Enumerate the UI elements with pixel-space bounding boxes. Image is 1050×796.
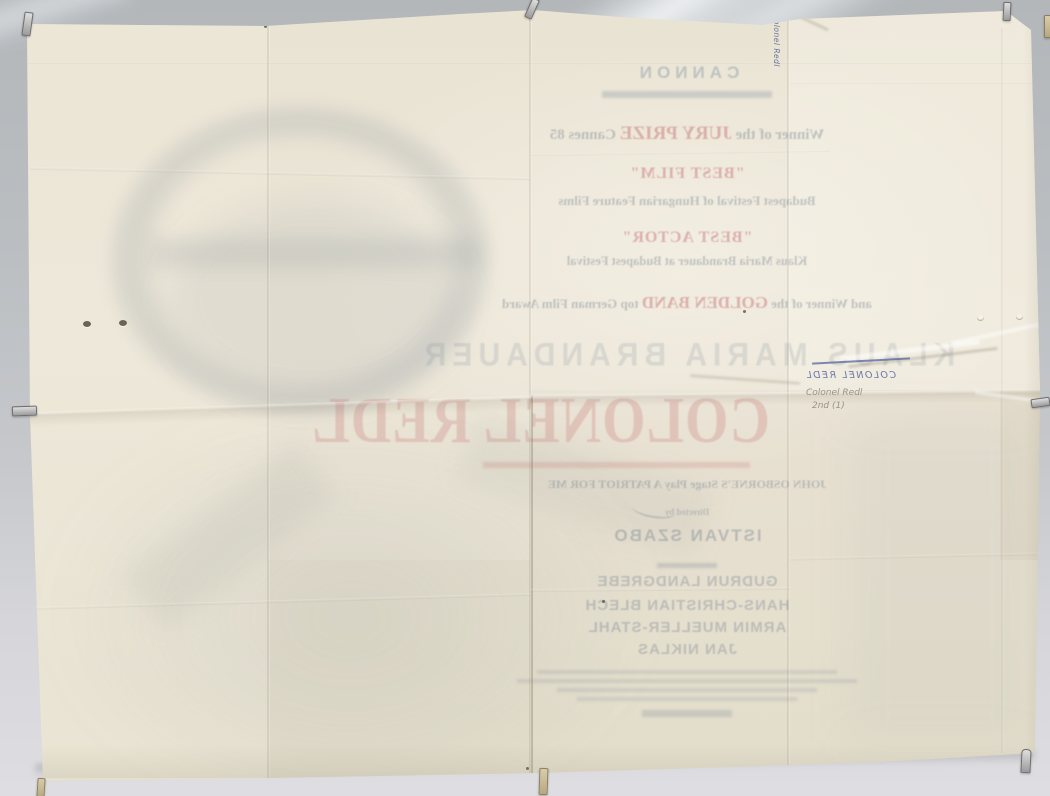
minor-crease: [530, 587, 790, 592]
photo-of-poster-back: { "scene": { "description": "Back of a f…: [0, 0, 1050, 796]
bleedthrough-cap-band: [150, 238, 480, 268]
studio-subline-bar: [602, 91, 772, 98]
staple-board-right: [1044, 15, 1050, 38]
wrinkle-shadow: [791, 12, 829, 32]
award1-highlight: JURY PRIZE: [620, 123, 732, 144]
poster-back-sheet: CANNON Winner of the JURY PRIZE Cannes 8…: [0, 0, 1050, 796]
award6-suffix: top German Film Award: [502, 296, 639, 311]
bleedthrough-head-outline: [110, 105, 490, 415]
credits-block-bar: [517, 679, 857, 683]
staple-bottom-left: [36, 778, 45, 796]
writer-credit-line: JOHN OSBORNE'S Stage Play A PATRIOT FOR …: [330, 478, 1044, 491]
punched-hole: [1016, 314, 1023, 320]
paper-speck: [526, 767, 529, 770]
punched-hole: [977, 315, 984, 321]
staple-top-right: [1003, 2, 1012, 21]
director-signature-squiggle: [631, 499, 677, 522]
minor-crease: [30, 593, 530, 610]
award1-prefix: Winner of the: [736, 127, 825, 143]
minor-crease: [530, 150, 830, 156]
paper-tint: [1000, 390, 1040, 560]
minor-crease: [28, 62, 1031, 64]
directed-by-label: Directed by: [330, 508, 1044, 517]
award-line-budapest-festival: Budapest Festival of Hungarian Feature F…: [330, 194, 1044, 208]
paper-speck: [602, 600, 605, 603]
title-underline-bar: [483, 462, 750, 468]
bottom-edge-shading: [27, 744, 1040, 778]
credits-block-bar: [537, 670, 837, 674]
award6-highlight: GOLDEN BAND: [642, 293, 768, 312]
award-line-golden-band: and Winner of the GOLDEN BAND top German…: [330, 294, 1044, 312]
studio-logo-text: CANNON: [330, 64, 1044, 82]
paper-tint: [530, 390, 1040, 775]
distributor-logo-bar: [642, 710, 732, 717]
award1-suffix: Cannes 85: [550, 127, 616, 143]
pin-hole: [83, 321, 91, 327]
bleedthrough-face-shading: [170, 200, 460, 400]
cast-name: HANS-CHRISTIAN BLECH: [330, 598, 1044, 614]
credits-block-bar: [557, 688, 817, 692]
award-line-best-actor: "BEST ACTOR": [330, 230, 1044, 247]
pencil-annotation-line2: 2nd (1): [812, 401, 845, 411]
pin-hole: [119, 320, 127, 326]
starring-label-bar: [657, 563, 717, 568]
cast-name: ARMIN MUELLER-STAHL: [330, 620, 1044, 636]
staple-left-middle: [12, 406, 37, 417]
paper-speck: [264, 25, 267, 28]
ink-annotation-mirrored-title: COLONEL REDL: [806, 370, 896, 381]
award-line-jury-prize: Winner of the JURY PRIZE Cannes 85: [330, 124, 1044, 144]
minor-crease: [30, 167, 530, 180]
paper-speck: [743, 310, 746, 313]
pencil-annotation-line1: Colonel Redl: [806, 388, 862, 398]
staple-bottom-center: [539, 768, 549, 795]
staple-bottom-right: [1020, 749, 1031, 773]
paper-vignette: [300, 60, 1000, 480]
minor-crease: [790, 82, 1036, 84]
credits-block-bar: [577, 697, 797, 701]
wrinkle-shadow: [690, 374, 800, 385]
staple-right-middle: [1030, 397, 1050, 409]
vertical-fold-line: [267, 24, 270, 778]
wrinkle-highlight: [951, 323, 1040, 346]
paper-tint: [268, 560, 530, 780]
ink-annotation-vertical: Colonel Redl: [772, 14, 781, 67]
bleedthrough-shoulder-stripe: [455, 413, 714, 557]
vertical-fold-shadow: [531, 395, 533, 773]
cast-name: JAN NIKLAS: [330, 642, 1044, 658]
paper-tint: [27, 14, 268, 778]
award-line-brandauer-budapest: Klaus Maria Brandauer at Budapest Festiv…: [330, 255, 1044, 268]
director-name-text: ISTVAN SZABO: [330, 527, 1044, 545]
